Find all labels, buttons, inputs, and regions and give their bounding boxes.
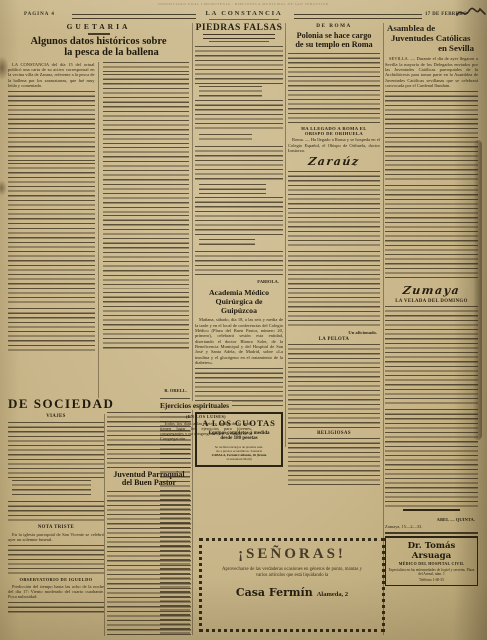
masthead-subtext — [209, 19, 279, 22]
sevilla-lead: SEVILLA. — Durante el día de ayer llegar… — [385, 56, 478, 88]
zumaya-signature: ABEL — QUINTA. — [385, 517, 475, 522]
header-rule-right — [294, 14, 422, 19]
unreadable-text-block — [288, 251, 380, 327]
ejercicios-subhead: (EN LOS LUISES) — [160, 414, 252, 419]
sociedad-headline: DE SOCIEDAD — [8, 396, 160, 412]
piedras-byline — [209, 41, 269, 44]
senoras-ad-brandline: Casa Fermín Alameda, 2 — [208, 583, 376, 601]
roma-subhead: HA LLEGADO A ROMA EL OBISPO DE ORIHUELA — [288, 126, 380, 136]
zarauz-note: Un aficionado. — [288, 330, 377, 335]
arsuaga-ad-line1: MÉDICO DEL HOSPITAL CIVIL — [388, 562, 475, 566]
unreadable-text-block — [195, 197, 283, 237]
unreadable-text-block — [385, 91, 478, 183]
unreadable-bold-line — [403, 509, 461, 514]
piedras-headline: PIEDRAS FALSAS — [195, 23, 283, 33]
zumaya-heading: Zumaya — [385, 284, 478, 297]
ejercicios-lead: Todos los días a las siete y media de la… — [160, 421, 252, 442]
cuotas-ad-small4: al restaurant Maiti) — [199, 457, 279, 461]
masthead-title: LA CONSTANCIA — [197, 10, 291, 17]
sociedad-subhead-viajes: VIAJES — [8, 414, 104, 419]
arsuaga-ad-line2: Especialista en las enfermedades de la p… — [388, 568, 475, 577]
sociedad-subhead-observatorio: OBSERVATORIO DE IGUELDO — [8, 577, 104, 582]
unreadable-text-block — [288, 53, 380, 123]
unreadable-text-block — [8, 422, 104, 478]
guetaria-headline-line2: la pesca de la ballena — [8, 47, 189, 58]
column-rule — [285, 23, 286, 447]
zumaya-subhead: LA VELADA DEL DOMINGO — [385, 299, 478, 304]
unreadable-dialogue-line — [199, 239, 255, 248]
guetaria-body: LA CONSTANCIA del día 15 del actual publ… — [8, 62, 189, 398]
roma-kicker: DE ROMA — [288, 23, 380, 29]
kicker-underline — [88, 33, 110, 35]
arsuaga-ad-line3: Teléfono 1-60-35 — [388, 578, 475, 582]
ejercicios-headline: Ejercicios espirituales — [160, 401, 232, 410]
unreadable-text-block — [8, 228, 95, 306]
piedras-signature: FABIOLA. — [195, 279, 279, 284]
roma-headline-line2: de su templo en Roma — [288, 40, 380, 49]
sociedad-body: VIAJES NOTA TRISTE En la iglesia parroqu… — [8, 414, 104, 614]
guetaria-lead: LA CONSTANCIA del día 15 del actual publ… — [8, 62, 95, 88]
unreadable-dialogue-line — [199, 184, 266, 194]
unreadable-text-block — [195, 146, 283, 182]
unreadable-text-block — [288, 344, 380, 428]
sevilla-headline-line1: Asamblea de — [385, 23, 478, 33]
article-de-roma: DE ROMA Polonia se hace cargo de su temp… — [288, 23, 380, 537]
unreadable-text-block — [195, 46, 283, 84]
guetaria-signature: B. ORELL. — [164, 388, 187, 393]
zarauz-subhead-religiosas: RELIGIOSAS — [288, 431, 380, 436]
unreadable-text-block — [12, 480, 91, 498]
unreadable-text-block — [103, 147, 190, 213]
library-stamp: DONOSTIAKO UDAL LIBURUTEGIA - BIBLIOTECA… — [0, 2, 487, 6]
unreadable-text-block — [8, 602, 104, 614]
unreadable-text-block — [385, 409, 478, 507]
arsuaga-ad: Dr. Tomás Arsuaga MÉDICO DEL HOSPITAL CI… — [385, 536, 478, 586]
pen-scribble-mark — [456, 5, 486, 21]
arsuaga-ad-name: Dr. Tomás Arsuaga — [388, 541, 475, 561]
unreadable-dialogue-line — [199, 134, 252, 143]
unreadable-text-block — [385, 185, 478, 281]
page-number-label: PAGINA 4 — [24, 12, 70, 17]
column-rule — [192, 23, 193, 635]
section-rule — [385, 532, 478, 534]
ejercicios-heading-block: Ejercicios espirituales (EN LOS LUISES) … — [160, 395, 282, 443]
ink-smudge — [0, 180, 7, 196]
unreadable-dialogue-line — [199, 86, 262, 97]
unreadable-text-block — [385, 306, 478, 406]
unreadable-text-block — [8, 91, 95, 161]
unreadable-text-block — [288, 171, 380, 249]
unreadable-text-block — [103, 215, 190, 289]
roma-subbody: Roma. — Ha llegado a Roma y se hospeda e… — [288, 137, 380, 153]
unreadable-text-block — [8, 545, 104, 575]
unreadable-text-block — [8, 163, 95, 225]
sociedad-observatorio-lead: Predicción del tiempo hasta las ocho de … — [8, 584, 104, 600]
academia-lead: Mañana, sábado, día 18, a las seis y med… — [195, 317, 283, 365]
header-rule-left — [72, 14, 196, 19]
senoras-ad-address: Alameda, 2 — [317, 591, 348, 598]
roma-headline-line1: Polonia se hace cargo — [288, 31, 380, 40]
sevilla-headline-line2: Juventudes Católicas — [385, 33, 478, 43]
unreadable-text-block — [195, 251, 283, 277]
unreadable-text-block — [195, 100, 283, 132]
zumaya-dateline: Zumaya, 15—2—33. — [385, 524, 478, 529]
sociedad-subhead-nota-triste: NOTA TRISTE — [8, 525, 104, 530]
unreadable-text-block — [103, 74, 190, 144]
unreadable-text-block — [288, 438, 380, 488]
article-sevilla: Asamblea de Juventudes Católicas en Sevi… — [385, 23, 478, 640]
zarauz-heading: Zaraúz — [288, 155, 380, 168]
unreadable-text-block — [8, 501, 104, 523]
guetaria-headline-line1: Algunos datos históricos sobre — [8, 36, 189, 47]
senoras-ad-title: ¡SEÑORAS! — [208, 546, 376, 563]
article-guetaria: GUETARIA Algunos datos históricos sobre … — [8, 22, 189, 395]
senoras-ad: ¡SEÑORAS! Aprovecharse de las verdaderas… — [199, 538, 385, 632]
guetaria-kicker: GUETARIA — [8, 22, 189, 31]
headline-underline — [203, 34, 275, 39]
academia-headline: Academia Médico Quirúrgica de Guipúzcoa — [195, 289, 283, 316]
senoras-ad-brand: Casa Fermín — [236, 586, 313, 599]
zarauz-subhead-pelota: LA PELOTA — [288, 337, 380, 342]
sevilla-headline-line3: en Sevilla — [385, 43, 478, 53]
unreadable-text-block — [103, 292, 190, 352]
senoras-ad-body: Aprovecharse de las verdaderas ocasiones… — [217, 567, 367, 579]
sociedad-nota-lead: En la iglesia parroquial de San Vicente … — [8, 532, 104, 543]
newspaper-page: { "page": { "stamp": "DONOSTIAKO UDAL LI… — [0, 0, 487, 640]
article-piedras-falsas: PIEDRAS FALSAS FABIOLA. Academia Médico … — [195, 23, 283, 535]
